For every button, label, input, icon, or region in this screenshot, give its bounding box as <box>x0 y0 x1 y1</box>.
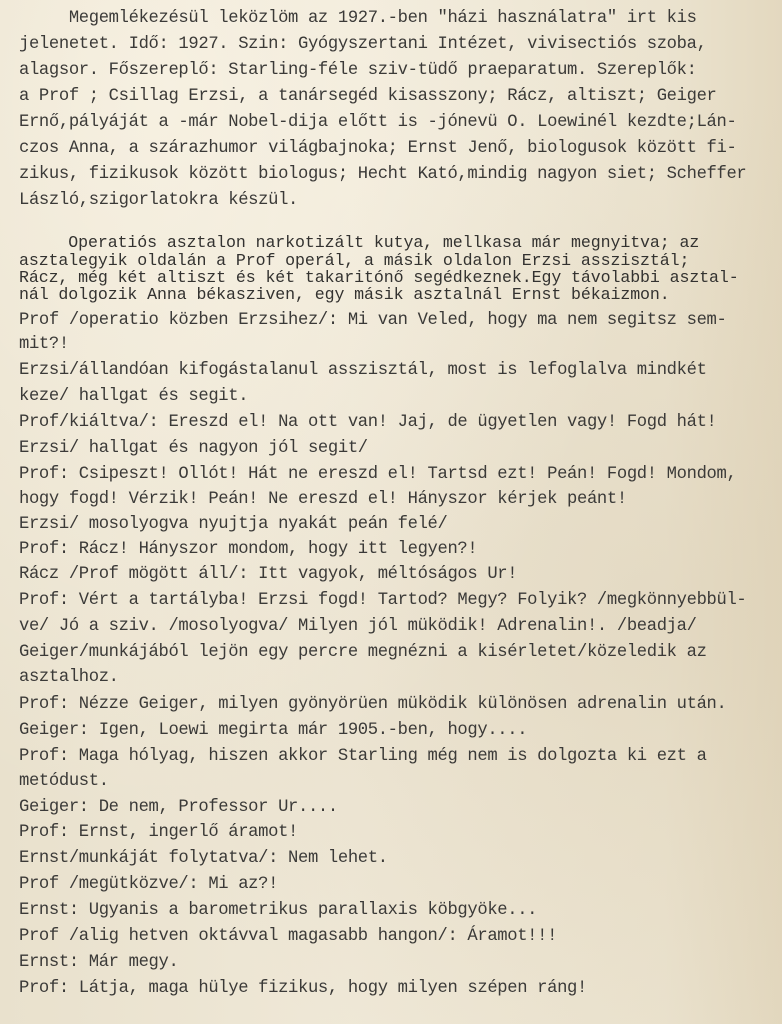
dialogue-line: asztalhoz. <box>19 668 119 688</box>
dialogue-line: Prof /alig hetven oktávval magasabb hang… <box>19 927 557 947</box>
dialogue-line: hogy fogd! Vérzik! Peán! Ne ereszd el! H… <box>19 490 627 510</box>
dialogue-line: Prof: Vért a tartályba! Erzsi fogd! Tart… <box>19 591 746 611</box>
dialogue-line: Rácz /Prof mögött áll/: Itt vagyok, mélt… <box>19 565 517 585</box>
intro-line: alagsor. Főszereplő: Starling-féle sziv-… <box>19 61 697 81</box>
dialogue-line: Prof: Ernst, ingerlő áramot! <box>19 823 298 843</box>
scene-line: Operatiós asztalon narkotizált kutya, me… <box>19 234 699 252</box>
dialogue-line: Prof/kiáltva/: Ereszd el! Na ott van! Ja… <box>19 413 717 433</box>
dialogue-line: Erzsi/ mosolyogva nyujtja nyakát peán fe… <box>19 515 447 535</box>
intro-line: czos Anna, a szárazhumor világbajnoka; E… <box>19 139 736 159</box>
dialogue-line: Prof: Rácz! Hányszor mondom, hogy itt le… <box>19 540 477 560</box>
dialogue-line: Erzsi/állandóan kifogástalanul asszisztá… <box>19 361 707 381</box>
dialogue-line: Prof: Nézze Geiger, milyen gyönyörüen mü… <box>19 695 726 715</box>
dialogue-line: Prof /megütközve/: Mi az?! <box>19 875 278 895</box>
dialogue-line: Ernst: Már megy. <box>19 953 178 973</box>
scene-line: nál dolgozik Anna békasziven, egy másik … <box>19 286 670 304</box>
intro-line: zikus, fizikusok között biologus; Hecht … <box>19 165 746 185</box>
dialogue-line: Geiger/munkájából lejön egy percre megné… <box>19 643 707 663</box>
dialogue-line: metódust. <box>19 772 109 792</box>
dialogue-line: Prof: Látja, maga hülye fizikus, hogy mi… <box>19 979 587 999</box>
dialogue-line: mit?! <box>19 335 69 355</box>
dialogue-line: Prof: Maga hólyag, hiszen akkor Starling… <box>19 747 707 767</box>
dialogue-line: keze/ hallgat és segit. <box>19 387 248 407</box>
dialogue-line: Ernst: Ugyanis a barometrikus parallaxis… <box>19 901 537 921</box>
dialogue-line: Geiger: De nem, Professor Ur.... <box>19 798 338 818</box>
intro-line: Megemlékezésül leközlöm az 1927.-ben "há… <box>19 9 697 29</box>
dialogue-line: Erzsi/ hallgat és nagyon jól segit/ <box>19 439 368 459</box>
dialogue-line: Geiger: Igen, Loewi megirta már 1905.-be… <box>19 721 527 741</box>
intro-line: a Prof ; Csillag Erzsi, a tanársegéd kis… <box>19 87 717 107</box>
dialogue-line: Prof: Csipeszt! Ollót! Hát ne ereszd el!… <box>19 465 736 485</box>
dialogue-line: Prof /operatio közben Erzsihez/: Mi van … <box>19 311 726 331</box>
typewritten-page: Megemlékezésül leközlöm az 1927.-ben "há… <box>0 0 782 1024</box>
dialogue-line: ve/ Jó a sziv. /mosolyogva/ Milyen jól m… <box>19 617 697 637</box>
intro-line: Ernő,pályáját a -már Nobel-dija előtt is… <box>19 113 736 133</box>
intro-line: jelenetet. Idő: 1927. Szin: Gyógyszertan… <box>19 35 707 55</box>
dialogue-line: Ernst/munkáját folytatva/: Nem lehet. <box>19 849 388 869</box>
intro-line: László,szigorlatokra készül. <box>19 191 298 211</box>
